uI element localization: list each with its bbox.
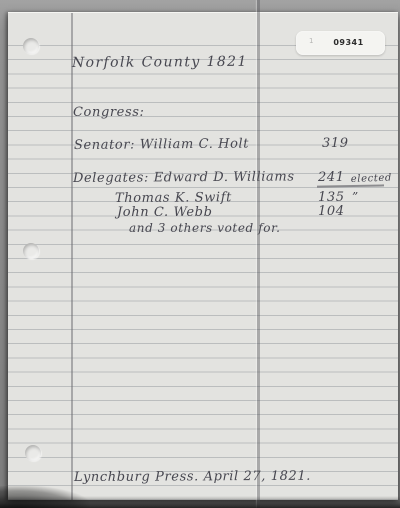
- punch-hole-middle: [23, 243, 39, 259]
- delegate-votes: 104: [318, 204, 345, 219]
- delegate-note: elected: [351, 173, 393, 185]
- delegate-name: Delegates: Edward D. Williams: [73, 169, 295, 186]
- senator-name: Senator: William C. Holt: [74, 136, 249, 153]
- ruled-lines: [8, 45, 398, 500]
- punch-hole-bottom: [25, 445, 41, 461]
- delegate-name: Thomas K. Swift: [115, 190, 232, 206]
- catalog-sticker: 1 09341: [296, 31, 385, 55]
- delegate-votes: 241: [318, 170, 345, 185]
- bottom-edge-shadow: [0, 496, 400, 508]
- senator-votes: 319: [322, 136, 349, 151]
- margin-line: [71, 13, 73, 500]
- catalog-number: 09341: [296, 38, 385, 47]
- section-heading: Congress:: [73, 105, 145, 120]
- fold-crease: [257, 0, 260, 508]
- punch-hole-top: [23, 38, 39, 54]
- notebook-page: [8, 12, 398, 500]
- document-scan: 1 09341 Norfolk County 1821 Congress: Se…: [0, 0, 400, 508]
- delegate-votes: 135: [318, 190, 345, 205]
- source-citation: Lynchburg Press. April 27, 1821.: [74, 469, 311, 485]
- delegate-name: John C. Webb: [117, 205, 213, 220]
- ditto-mark: ”: [352, 190, 359, 204]
- page-title: Norfolk County 1821: [72, 54, 248, 71]
